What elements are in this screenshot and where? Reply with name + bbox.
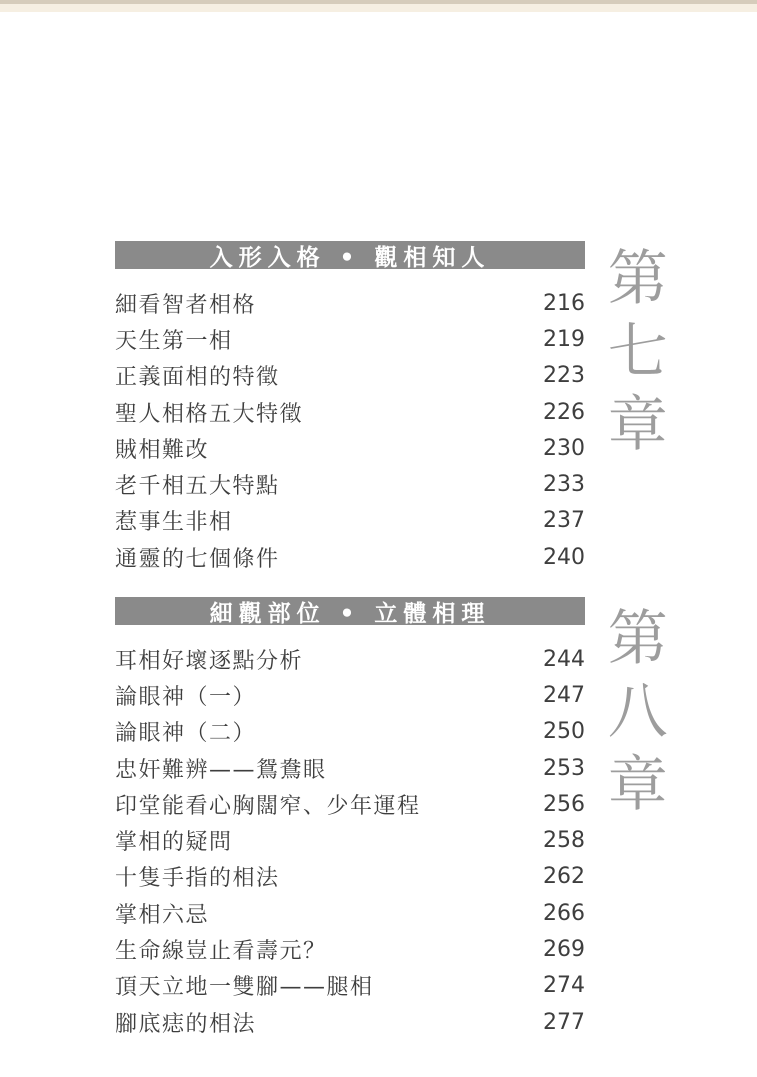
toc-row: 生命線豈止看壽元？ 269	[115, 931, 585, 967]
toc-entry-page: 216	[543, 291, 585, 316]
toc-entry-title: 生命線豈止看壽元？	[115, 934, 327, 965]
toc-list-chapter7: 細看智者相格 216 天生第一相 219 正義面相的特徵 223 聖人相格五大特…	[115, 285, 585, 575]
book-toc-page: 入形入格 • 觀相知人 細看智者相格 216 天生第一相 219 正義面相的特徵…	[0, 0, 757, 1077]
toc-entry-title: 掌相的疑問	[115, 825, 233, 856]
chapter-label-8: 第八章	[600, 606, 665, 825]
toc-row: 腳底痣的相法 277	[115, 1004, 585, 1040]
toc-row: 掌相六忌 266	[115, 895, 585, 931]
toc-entry-title: 印堂能看心胸闊窄、少年運程	[115, 789, 421, 820]
toc-entry-title: 論眼神（二）	[115, 716, 256, 747]
toc-entry-page: 237	[543, 508, 585, 533]
page-top-edge-light	[0, 4, 757, 12]
toc-entry-page: 253	[543, 756, 585, 781]
toc-entry-page: 247	[543, 683, 585, 708]
toc-entry-page: 233	[543, 472, 585, 497]
chapter-label-7: 第七章	[600, 246, 665, 465]
toc-entry-title: 頂天立地一雙腳——腿相	[115, 970, 374, 1001]
toc-entry-title: 論眼神（一）	[115, 680, 256, 711]
section-header-chapter7: 入形入格 • 觀相知人	[115, 241, 585, 269]
toc-row: 老千相五大特點 233	[115, 466, 585, 502]
toc-row: 惹事生非相 237	[115, 503, 585, 539]
toc-row: 耳相好壞逐點分析 244	[115, 641, 585, 677]
toc-entry-page: 250	[543, 719, 585, 744]
toc-entry-title: 耳相好壞逐點分析	[115, 644, 303, 675]
toc-entry-page: 262	[543, 864, 585, 889]
toc-entry-title: 掌相六忌	[115, 898, 209, 929]
toc-entry-page: 274	[543, 973, 585, 998]
toc-list-chapter8: 耳相好壞逐點分析 244 論眼神（一） 247 論眼神（二） 250 忠奸難辨—…	[115, 641, 585, 1040]
toc-entry-title: 通靈的七個條件	[115, 542, 280, 573]
toc-entry-page: 230	[543, 436, 585, 461]
section-header-chapter8: 細觀部位 • 立體相理	[115, 597, 585, 625]
toc-entry-page: 266	[543, 901, 585, 926]
toc-row: 忠奸難辨——鴛鴦眼 253	[115, 750, 585, 786]
toc-row: 通靈的七個條件 240	[115, 539, 585, 575]
toc-entry-title: 細看智者相格	[115, 288, 256, 319]
toc-entry-title: 老千相五大特點	[115, 469, 280, 500]
toc-entry-page: 269	[543, 937, 585, 962]
toc-row: 論眼神（一） 247	[115, 677, 585, 713]
toc-row: 細看智者相格 216	[115, 285, 585, 321]
toc-row: 十隻手指的相法 262	[115, 859, 585, 895]
toc-row: 天生第一相 219	[115, 321, 585, 357]
toc-row: 聖人相格五大特徵 226	[115, 394, 585, 430]
toc-entry-page: 219	[543, 327, 585, 352]
toc-entry-page: 240	[543, 545, 585, 570]
toc-entry-page: 277	[543, 1010, 585, 1035]
toc-entry-page: 244	[543, 647, 585, 672]
toc-entry-title: 聖人相格五大特徵	[115, 397, 303, 428]
toc-entry-title: 賊相難改	[115, 433, 209, 464]
toc-entry-title: 腳底痣的相法	[115, 1007, 256, 1038]
toc-row: 正義面相的特徵 223	[115, 358, 585, 394]
toc-row: 賊相難改 230	[115, 430, 585, 466]
toc-entry-title: 忠奸難辨——鴛鴦眼	[115, 753, 327, 784]
toc-entry-page: 223	[543, 363, 585, 388]
toc-entry-page: 256	[543, 792, 585, 817]
toc-entry-title: 天生第一相	[115, 324, 233, 355]
toc-entry-title: 十隻手指的相法	[115, 861, 280, 892]
toc-row: 印堂能看心胸闊窄、少年運程 256	[115, 786, 585, 822]
toc-entry-page: 226	[543, 400, 585, 425]
toc-entry-title: 正義面相的特徵	[115, 360, 280, 391]
toc-row: 論眼神（二） 250	[115, 714, 585, 750]
toc-row: 頂天立地一雙腳——腿相 274	[115, 968, 585, 1004]
toc-entry-page: 258	[543, 828, 585, 853]
toc-row: 掌相的疑問 258	[115, 822, 585, 858]
toc-entry-title: 惹事生非相	[115, 505, 233, 536]
